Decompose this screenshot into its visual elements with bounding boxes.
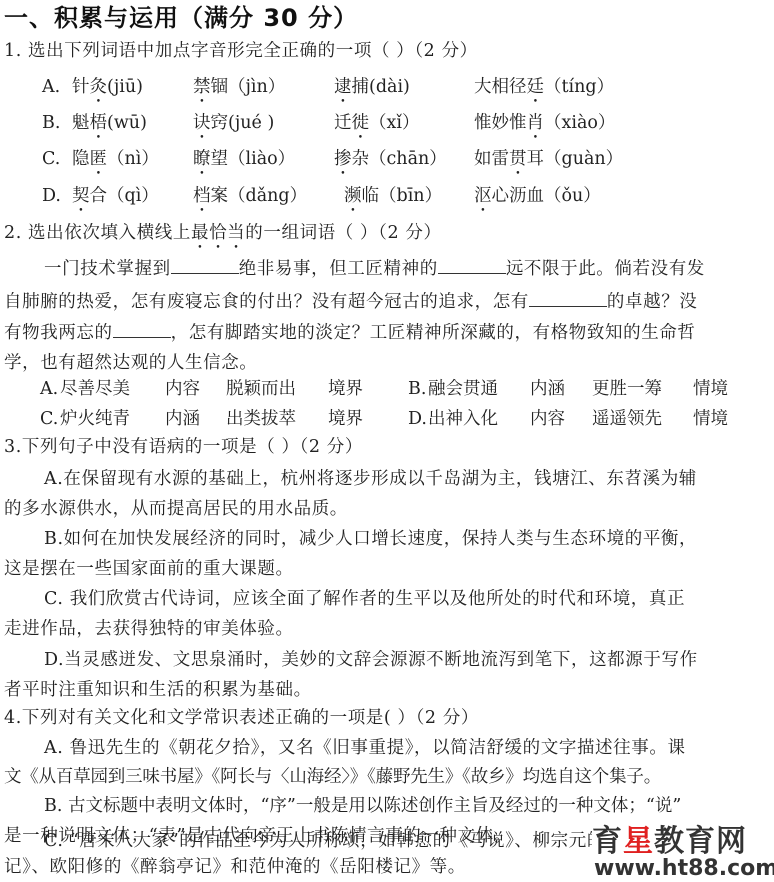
fill-blank-1 bbox=[171, 255, 239, 274]
q3-option-a-line2: 的多水源供水，从而提高居民的用水品质。 bbox=[4, 494, 348, 524]
choice-word: 内容 bbox=[165, 374, 200, 404]
q3-option-d-line2: 者平时注重知识和生活的积累为基础。 bbox=[4, 675, 312, 705]
dotted-char: 档 bbox=[193, 186, 211, 206]
word-item: 惟妙惟肖（xiào） bbox=[474, 108, 615, 143]
q3-option-b-line2: 这是摆在一些国家面前的重大课题。 bbox=[4, 554, 294, 584]
choice-word: 出类拔萃 bbox=[226, 404, 296, 434]
section-title: 一、积累与运用（满分 30 分） bbox=[4, 0, 358, 36]
question-3-stem: 3.下列句子中没有语病的一项是（ ）（2 分） bbox=[4, 432, 363, 462]
q4-option-c-line2: 记》、欧阳修的《醉翁亭记》和范仲淹的《岳阳楼记》等。 bbox=[4, 852, 466, 882]
choice-word: 境界 bbox=[328, 404, 363, 434]
dotted-char: 契 bbox=[72, 186, 90, 206]
choice-word: 情境 bbox=[693, 374, 728, 404]
dotted-char: 诀 bbox=[193, 113, 211, 133]
choice-label: C. bbox=[40, 404, 58, 434]
word-item: 逮捕(dài) bbox=[334, 72, 410, 107]
choice-word: 炉火纯青 bbox=[60, 404, 130, 434]
word-item: 魁梧(wū) bbox=[72, 108, 147, 143]
q4-option-b-line1: B. 古文标题中表明文体时，“序”一般是用以陈述创作主旨及经过的一种文体；“说” bbox=[44, 791, 681, 821]
dotted-char: 梧 bbox=[90, 113, 108, 133]
q3-option-d-line1: D.当灵感迸发、文思泉涌时，美妙的文辞会源源不断地流泻到笔下，这都源于写作 bbox=[44, 645, 698, 675]
watermark: 育星教育网 www.ht88.com bbox=[592, 826, 774, 882]
dotted-char: 贯 bbox=[509, 149, 527, 169]
fill-blank-4 bbox=[113, 319, 171, 338]
fill-blank-2 bbox=[438, 255, 506, 274]
dotted-char: 灸 bbox=[90, 77, 108, 97]
q4-option-a-line2: 文《从百草园到三味书屋》《阿长与〈山海经〉》《藤野先生》《故乡》均选自这个集子。 bbox=[4, 762, 661, 792]
word-item: 迁徙（xǐ） bbox=[334, 108, 419, 143]
question-2-stem: 2. 选出依次填入横线上最恰当的一组词语（ ）（2 分） bbox=[4, 218, 442, 253]
choice-word: 境界 bbox=[328, 374, 363, 404]
dotted-char: 徙 bbox=[352, 113, 370, 133]
dotted-char: 肖 bbox=[527, 113, 545, 133]
word-item: 诀窍(jué ) bbox=[193, 108, 274, 143]
choice-word: 尽善尽美 bbox=[60, 374, 130, 404]
dotted-char: 廷 bbox=[527, 77, 545, 97]
choice-word: 遥遥领先 bbox=[592, 404, 662, 434]
dotted-char: 逮 bbox=[334, 77, 352, 97]
option-label: D. bbox=[42, 181, 61, 211]
question-1-stem: 1. 选出下列词语中加点字音形完全正确的一项（ ）（2 分） bbox=[4, 36, 478, 66]
option-label: B. bbox=[42, 108, 60, 138]
passage-line: 自肺腑的热爱，怎有废寝忘食的付出？没有超今冠古的追求，怎有的卓越？没 bbox=[4, 287, 697, 317]
word-item: 濒临（bīn） bbox=[344, 181, 442, 216]
choice-word: 情境 bbox=[693, 404, 728, 434]
choice-word: 脱颖而出 bbox=[226, 374, 296, 404]
word-item: 档案（dǎng） bbox=[193, 181, 307, 216]
q3-option-c-line1: C. 我们欣赏古代诗词，应该全面了解作者的生平以及他所处的时代和环境，真正 bbox=[44, 584, 685, 614]
word-item: 如雷贯耳（guàn） bbox=[474, 144, 623, 179]
option-label: C. bbox=[42, 144, 60, 174]
dotted-char: 沤 bbox=[474, 186, 492, 206]
word-item: 禁锢（jìn） bbox=[193, 72, 285, 107]
choice-label: A. bbox=[40, 374, 58, 404]
choice-word: 内涵 bbox=[165, 404, 200, 434]
fill-blank-3 bbox=[529, 288, 607, 307]
choice-word: 内涵 bbox=[530, 374, 565, 404]
passage-line: 一门技术掌握到绝非易事，但工匠精神的远不限于此。倘若没有发 bbox=[44, 254, 705, 284]
word-item: 隐匿（nì） bbox=[72, 144, 159, 179]
word-item: 瞭望（liào） bbox=[193, 144, 295, 179]
choice-label: D. bbox=[408, 404, 427, 434]
dotted-char: 禁 bbox=[193, 77, 211, 97]
choice-label: B. bbox=[408, 374, 426, 404]
option-label: A. bbox=[42, 72, 60, 102]
q3-option-b-line1: B.如何在加快发展经济的同时，减少人口增长速度，保持人类与生态环境的平衡， bbox=[44, 524, 697, 554]
q3-option-c-line2: 走进作品，去获得独特的审美体验。 bbox=[4, 614, 294, 644]
passage-line: 有物我两忘的，怎有脚踏实地的淡定？工匠精神所深藏的，有格物致知的生命哲 bbox=[4, 318, 696, 348]
choice-word: 更胜一筹 bbox=[592, 374, 662, 404]
q4-option-a-line1: A. 鲁迅先生的《朝花夕拾》，又名《旧事重提》，以简洁舒缓的文字描述往事。课 bbox=[44, 733, 686, 763]
question-4-stem: 4.下列对有关文化和文学常识表述正确的一项是( ）（2 分） bbox=[4, 703, 479, 733]
choice-word: 内容 bbox=[530, 404, 565, 434]
word-item: 大相径廷（tíng） bbox=[474, 72, 614, 107]
dotted-char: 掺 bbox=[334, 149, 352, 169]
dotted-char: 濒 bbox=[344, 186, 362, 206]
dotted-char: 匿 bbox=[90, 149, 108, 169]
q3-option-a-line1: A.在保留现有水源的基础上，杭州将逐步形成以千岛湖为主，钱塘江、东苕溪为辅 bbox=[44, 464, 697, 494]
word-item: 针灸(jiū) bbox=[72, 72, 143, 107]
watermark-url: www.ht88.com bbox=[594, 856, 774, 882]
dotted-char: 瞭 bbox=[193, 149, 211, 169]
dotted-phrase: 最恰当 bbox=[191, 223, 245, 243]
watermark-logo-text: 育星教育网 bbox=[592, 826, 747, 858]
word-item: 沤心沥血（ǒu） bbox=[474, 181, 601, 216]
choice-word: 出神入化 bbox=[428, 404, 498, 434]
word-item: 契合（qì） bbox=[72, 181, 159, 216]
choice-word: 融会贯通 bbox=[428, 374, 498, 404]
word-item: 掺杂（chān） bbox=[334, 144, 447, 179]
